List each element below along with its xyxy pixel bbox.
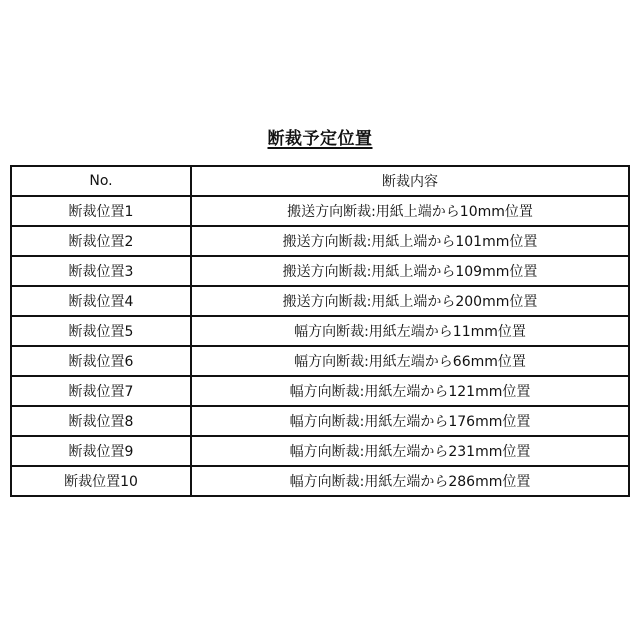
cell-content: 搬送方向断裁:用紙上端から109mm位置 [191,256,629,286]
cell-no: 断裁位置5 [11,316,191,346]
cell-no: 断裁位置6 [11,346,191,376]
cell-content: 搬送方向断裁:用紙上端から200mm位置 [191,286,629,316]
cell-no: 断裁位置9 [11,436,191,466]
column-header-no: No. [11,166,191,196]
cell-content: 幅方向断裁:用紙左端から176mm位置 [191,406,629,436]
cell-content: 搬送方向断裁:用紙上端から101mm位置 [191,226,629,256]
page-title-text: 断裁予定位置 [268,129,373,149]
cell-content: 幅方向断裁:用紙左端から231mm位置 [191,436,629,466]
cell-no: 断裁位置1 [11,196,191,226]
table-row: 断裁位置2 搬送方向断裁:用紙上端から101mm位置 [11,226,629,256]
table-row: 断裁位置9 幅方向断裁:用紙左端から231mm位置 [11,436,629,466]
table-row: 断裁位置7 幅方向断裁:用紙左端から121mm位置 [11,376,629,406]
table-row: 断裁位置3 搬送方向断裁:用紙上端から109mm位置 [11,256,629,286]
cell-no: 断裁位置3 [11,256,191,286]
table-row: 断裁位置5 幅方向断裁:用紙左端から11mm位置 [11,316,629,346]
cell-no: 断裁位置10 [11,466,191,496]
cell-content: 幅方向断裁:用紙左端から66mm位置 [191,346,629,376]
table-row: 断裁位置1 搬送方向断裁:用紙上端から10mm位置 [11,196,629,226]
cell-content: 幅方向断裁:用紙左端から121mm位置 [191,376,629,406]
cell-content: 幅方向断裁:用紙左端から286mm位置 [191,466,629,496]
table-row: 断裁位置10 幅方向断裁:用紙左端から286mm位置 [11,466,629,496]
cell-no: 断裁位置4 [11,286,191,316]
column-header-content: 断裁内容 [191,166,629,196]
cut-position-table: No. 断裁内容 断裁位置1 搬送方向断裁:用紙上端から10mm位置 断裁位置2… [10,165,630,497]
table-row: 断裁位置8 幅方向断裁:用紙左端から176mm位置 [11,406,629,436]
cell-no: 断裁位置2 [11,226,191,256]
cell-no: 断裁位置8 [11,406,191,436]
table-header-row: No. 断裁内容 [11,166,629,196]
cell-no: 断裁位置7 [11,376,191,406]
cell-content: 搬送方向断裁:用紙上端から10mm位置 [191,196,629,226]
table-row: 断裁位置6 幅方向断裁:用紙左端から66mm位置 [11,346,629,376]
page-title: 断裁予定位置 [0,124,640,149]
cell-content: 幅方向断裁:用紙左端から11mm位置 [191,316,629,346]
table-row: 断裁位置4 搬送方向断裁:用紙上端から200mm位置 [11,286,629,316]
